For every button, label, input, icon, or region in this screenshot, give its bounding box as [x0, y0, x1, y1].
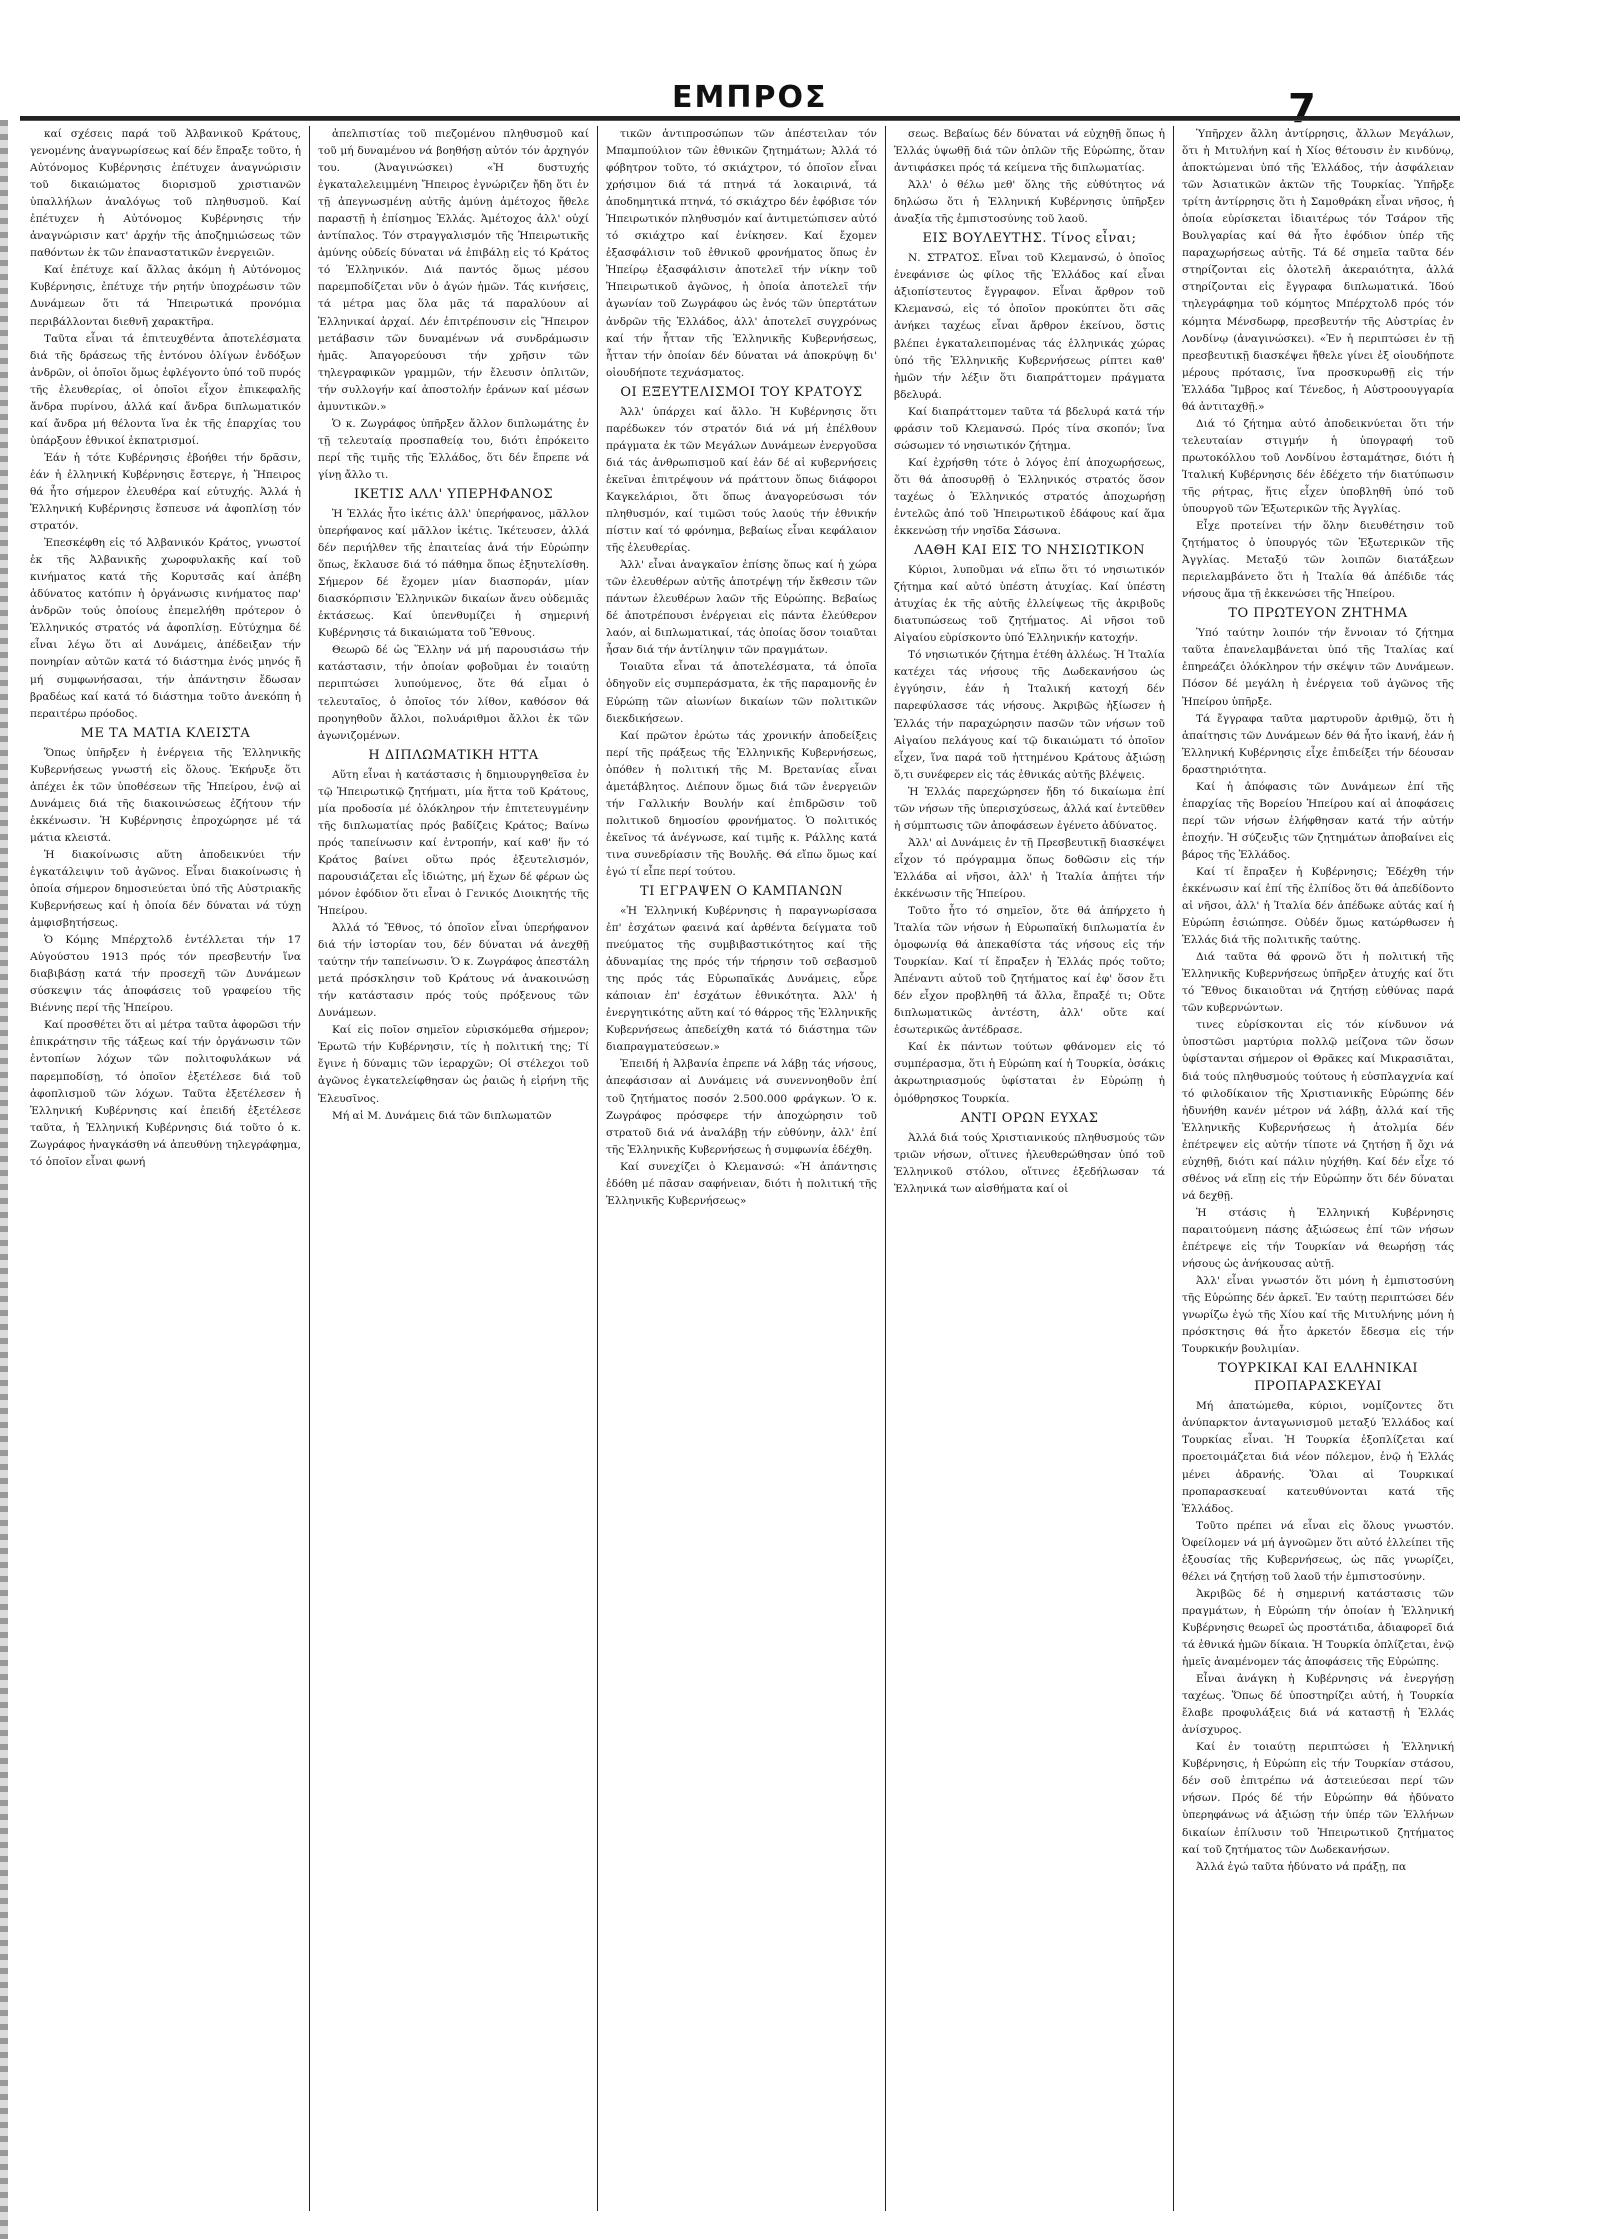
- paragraph: Ἡ διακοίνωσις αὕτη ἀποδεικνύει τήν ἐγκατ…: [30, 847, 301, 932]
- paragraph: Ἡ Ἑλλάς παρεχώρησεν ἤδη τό δικαίωμα ἐπί …: [894, 784, 1165, 835]
- paragraph: Εἶναι ἀνάγκη ἡ Κυβέρνησις νά ἐνεργήσῃ τα…: [1182, 1671, 1454, 1739]
- paragraph: Καί τί ἔπραξεν ἡ Κυβέρνησις; Ἐδέχθη τήν …: [1182, 864, 1454, 949]
- paragraph: Ταῦτα εἶναι τά ἐπιτευχθέντα ἀποτελέσματα…: [30, 331, 301, 450]
- paragraph: Ἐάν ἡ τότε Κυβέρνησις ἐβοήθει τήν δρᾶσιν…: [30, 450, 301, 535]
- paragraph: Εἶχε προτείνει τήν ὅλην διευθέτησιν τοῦ …: [1182, 518, 1454, 603]
- paragraph: Ὁ κ. Ζωγράφος ὑπῆρξεν ἄλλον διπλωμάτης ἐ…: [318, 416, 589, 484]
- paragraph: Ἀλλ' ὑπάρχει καί ἄλλο. Ἡ Κυβέρνησις ὅτι …: [606, 404, 877, 557]
- header-rule: [20, 116, 1460, 121]
- paragraph: Ἀλλά ἐγώ ταῦτα ἠδύνατο νά πράξῃ, πα: [1182, 1859, 1454, 1876]
- paragraph: Διά τό ζήτημα αὐτό ἀποδεικνύεται ὅτι τήν…: [1182, 416, 1454, 518]
- column-4: σεως. Βεβαίως δέν δύναται νά εὐχηθῇ ὅπως…: [886, 126, 1174, 2211]
- page-edge-scan-artifact: [0, 120, 8, 2239]
- column-2: ἀπελπιστίας τοῦ πιεζομένου πληθυσμοῦ καί…: [310, 126, 598, 2211]
- paragraph: Καί ἐκ πάντων τούτων φθάνομεν εἰς τό συμ…: [894, 1039, 1165, 1107]
- paragraph: Καί συνεχίζει ὁ Κλεμανσώ: «Ἡ ἀπάντησις ἐ…: [606, 1159, 877, 1210]
- paragraph: Ἀλλά τό Ἔθνος, τό ὁποῖον εἶναι ὑπερήφανο…: [318, 920, 589, 1022]
- paragraph: Ἀλλ' αἱ Δυνάμεις ἐν τῇ Πρεσβευτικῇ διασκ…: [894, 835, 1165, 903]
- paragraph: καί σχέσεις παρά τοῦ Ἀλβανικοῦ Κράτους, …: [30, 126, 301, 262]
- paragraph: Τοῦτο πρέπει νά εἶναι εἰς ὅλους γνωστόν.…: [1182, 1518, 1454, 1586]
- paragraph: ἀπελπιστίας τοῦ πιεζομένου πληθυσμοῦ καί…: [318, 126, 589, 416]
- section-heading: ΤΙ ΕΓΡΑΨΕΝ Ο ΚΑΜΠΑΝΩΝ: [606, 883, 877, 901]
- section-heading: ΜΕ ΤΑ ΜΑΤΙΑ ΚΛΕΙΣΤΑ: [30, 725, 301, 743]
- paragraph: Ἀλλ' εἶναι γνωστόν ὅτι μόνη ἡ ἐμπιστοσύν…: [1182, 1273, 1454, 1358]
- section-heading: ΑΝΤΙ ΟΡΩΝ ΕΥΧΑΣ: [894, 1110, 1165, 1128]
- column-3: τικῶν ἀντιπροσώπων τῶν ἀπέστειλαν τόν Μπ…: [598, 126, 886, 2211]
- section-heading: ΙΚΕΤΙΣ ΑΛΛ' ΥΠΕΡΗΦΑΝΟΣ: [318, 486, 589, 504]
- section-heading: ΟΙ ΕΞΕΥΤΕΛΙΣΜΟΙ ΤΟΥ ΚΡΑΤΟΥΣ: [606, 384, 877, 402]
- paragraph: Μή ἀπατώμεθα, κύριοι, νομίζοντες ὅτι ἀνύ…: [1182, 1398, 1454, 1517]
- section-heading: ΤΟ ΠΡΩΤΕΥΟΝ ΖΗΤΗΜΑ: [1182, 605, 1454, 623]
- paragraph: Καί εἰς ποῖον σημεῖον εὑρισκόμεθα σήμερο…: [318, 1022, 589, 1107]
- paragraph: Ἀλλ' ὁ θέλω μεθ' ὅλης τῆς εὐθύτητος νά δ…: [894, 177, 1165, 228]
- paragraph: Ἀκριβῶς δέ ἡ σημερινή κατάστασις τῶν πρα…: [1182, 1586, 1454, 1671]
- masthead: ΕΜΠΡΟΣ 7: [0, 0, 1600, 112]
- paragraph: Καί προσθέτει ὅτι αἱ μέτρα ταῦτα ἀφορῶσι…: [30, 1017, 301, 1170]
- paragraph: Τά ἔγγραφα ταῦτα μαρτυροῦν ἀριθμῷ, ὅτι ἡ…: [1182, 711, 1454, 779]
- newspaper-columns: καί σχέσεις παρά τοῦ Ἀλβανικοῦ Κράτους, …: [22, 126, 1462, 2211]
- section-heading: Η ΔΙΠΛΩΜΑΤΙΚΗ ΗΤΤΑ: [318, 747, 589, 765]
- paragraph: Ἐπειδή ἡ Ἀλβανία ἐπρεπε νά λάβῃ τάς νήσο…: [606, 1056, 877, 1158]
- paragraph: Καί πρῶτον ἐρώτω τάς χρονικήν ἀποδείξεις…: [606, 728, 877, 881]
- paragraph: Θεωρῶ δέ ὡς Ἕλλην νά μή παρουσιάσω τήν κ…: [318, 642, 589, 744]
- column-5: Ὑπῆρχεν ἄλλη ἀντίρρησις, ἄλλων Μεγάλων, …: [1174, 126, 1462, 2211]
- newspaper-title: ΕΜΠΡΟΣ: [672, 80, 827, 115]
- paragraph: Ἡ στάσις ἡ Ἑλληνική Κυβέρνησις παραιτούμ…: [1182, 1205, 1454, 1273]
- paragraph: Κύριοι, λυποῦμαι νά εἴπω ὅτι τό νησιωτικ…: [894, 562, 1165, 647]
- section-heading: ΤΟΥΡΚΙΚΑΙ ΚΑΙ ΕΛΛΗΝΙΚΑΙ ΠΡΟΠΑΡΑΣΚΕΥΑΙ: [1182, 1360, 1454, 1396]
- paragraph: Αὕτη εἶναι ἡ κατάστασις ἡ δημιουργηθεῖσα…: [318, 767, 589, 920]
- paragraph: Διά ταῦτα θά φρονῶ ὅτι ἡ πολιτική τῆς Ἑλ…: [1182, 949, 1454, 1017]
- paragraph: Ἡ Ἑλλάς ἦτο ἱκέτις ἀλλ' ὑπερήφανος, μᾶλλ…: [318, 506, 589, 642]
- paragraph: Ν. ΣΤΡΑΤΟΣ. Εἶναι τοῦ Κλεμανσώ, ὁ ὁποῖος…: [894, 250, 1165, 403]
- paragraph: Ἐπεσκέφθη εἰς τό Ἀλβανικόν Κράτος, γνωστ…: [30, 535, 301, 723]
- paragraph: τινες εὑρίσκονται εἰς τόν κίνδυνον νά ὑπ…: [1182, 1017, 1454, 1205]
- paragraph: Τό νησιωτικόν ζήτημα ἐτέθη ἀλλέως. Ἡ Ἰτα…: [894, 647, 1165, 783]
- paragraph: Ἀλλ' εἶναι ἀναγκαῖον ἐπίσης ὅπως καί ἡ χ…: [606, 557, 877, 659]
- paragraph: Καί ἡ ἀπόφασις τῶν Δυνάμεων ἐπί τῆς ἐπαρ…: [1182, 779, 1454, 864]
- section-heading: ΛΑΘΗ ΚΑΙ ΕΙΣ ΤΟ ΝΗΣΙΩΤΙΚΟΝ: [894, 542, 1165, 560]
- paragraph: σεως. Βεβαίως δέν δύναται νά εὐχηθῇ ὅπως…: [894, 126, 1165, 177]
- paragraph: Καί διαπράττομεν ταῦτα τά βδελυρά κατά τ…: [894, 404, 1165, 455]
- paragraph: «Ἡ Ἑλληνική Κυβέρνησις ἡ παραγνωρίσασα ἐ…: [606, 903, 877, 1056]
- section-heading: ΕΙΣ ΒΟΥΛΕΥΤΗΣ. Τίνος εἶναι;: [894, 230, 1165, 248]
- paragraph: Τοῦτο ἦτο τό σημεῖον, ὅτε θά ἀπήρχετο ἡ …: [894, 903, 1165, 1039]
- paragraph: Ὅπως ὑπῆρξεν ἡ ἐνέργεια τῆς Ἑλληνικῆς Κυ…: [30, 745, 301, 847]
- paragraph: Ὁ Κόμης Μπέρχτολδ ἐντέλλεται τήν 17 Αὐγο…: [30, 932, 301, 1017]
- paragraph: Καί ἐπέτυχε καί ἄλλας ἀκόμη ἡ Αὐτόνομος …: [30, 262, 301, 330]
- paragraph: Ὑπῆρχεν ἄλλη ἀντίρρησις, ἄλλων Μεγάλων, …: [1182, 126, 1454, 416]
- paragraph: Ἀλλά διά τούς Χριστιανικούς πληθυσμούς τ…: [894, 1130, 1165, 1198]
- paragraph: Καί ἐν τοιαύτῃ περιπτώσει ἡ Ἑλληνική Κυβ…: [1182, 1739, 1454, 1858]
- column-1: καί σχέσεις παρά τοῦ Ἀλβανικοῦ Κράτους, …: [22, 126, 310, 2211]
- paragraph: τικῶν ἀντιπροσώπων τῶν ἀπέστειλαν τόν Μπ…: [606, 126, 877, 382]
- paragraph: Καί ἐχρήσθη τότε ὁ λόγος ἐπί ἀποχωρήσεως…: [894, 455, 1165, 540]
- paragraph: Τοιαῦτα εἶναι τά ἀποτελέσματα, τά ὁποῖα …: [606, 659, 877, 727]
- paragraph: Μή αἱ Μ. Δυνάμεις διά τῶν διπλωματῶν: [318, 1108, 589, 1125]
- paragraph: Ὑπό ταύτην λοιπόν τήν ἔννοιαν τό ζήτημα …: [1182, 625, 1454, 710]
